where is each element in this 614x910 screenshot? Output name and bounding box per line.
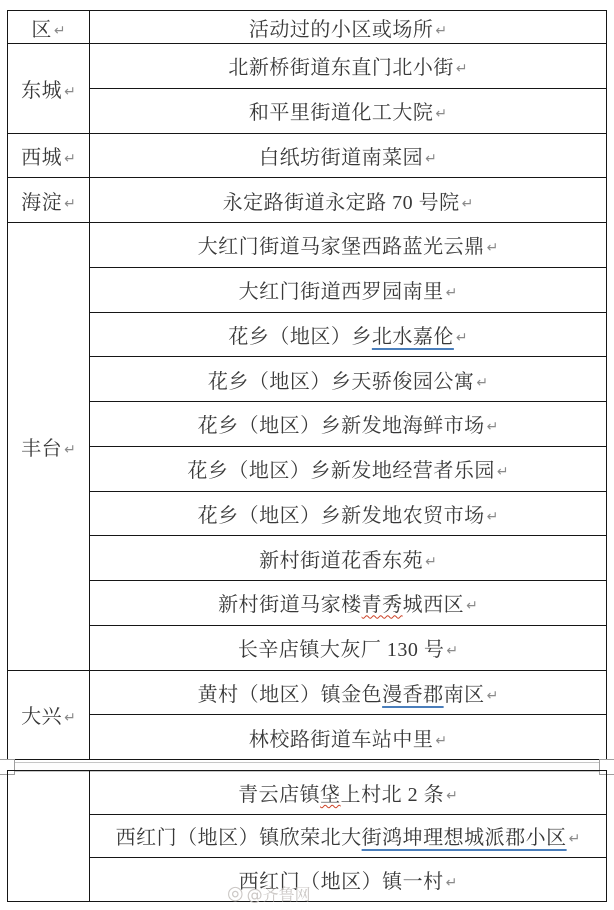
place-text: 花乡（地区）乡新发地海鲜市场 [198,415,485,437]
place-text: 青秀 [362,594,403,616]
place-cell: 黄村（地区）镇金色漫香郡南区↵ [90,670,607,715]
place-text: 林校路街道车站中里 [249,729,434,751]
district-label: 西城 [21,147,62,169]
place-cell: 西红门（地区）镇一村↵ [90,858,607,902]
place-cell: 青云店镇垡上村北 2 条↵ [90,771,607,815]
paragraph-mark-icon: ↵ [569,831,581,847]
place-cell: 大红门街道西罗园南里↵ [90,267,607,312]
district-label: 丰台 [21,438,62,460]
paragraph-mark-icon: ↵ [425,554,437,570]
place-cell: 花乡（地区）乡北水嘉伦↵ [90,312,607,357]
place-text: 花乡（地区）乡新发地农贸市场 [198,505,485,527]
paragraph-mark-icon: ↵ [435,733,447,749]
paragraph-mark-icon: ↵ [487,419,499,435]
place-text: 垡 [320,784,341,806]
document-page: 区↵活动过的小区或场所↵东城↵北新桥街道东直门北小街↵和平里街道化工大院↵西城↵… [0,0,614,910]
paragraph-mark-icon: ↵ [497,464,509,480]
place-text: 花乡（地区）乡新发地经营者乐园 [187,460,495,482]
place-cell: 白纸坊街道南菜园↵ [90,133,607,178]
paragraph-mark-icon: ↵ [446,643,458,659]
table-row: 大红门街道西罗园南里↵ [8,267,607,312]
paragraph-mark-icon: ↵ [446,788,458,804]
place-cell: 新村街道马家楼青秀城西区↵ [90,581,607,626]
district-label: 海淀 [21,192,62,214]
table-row: 西红门（地区）镇欣荣北大街鸿坤理想城派郡小区↵ [8,814,607,858]
place-text: 新村街道马家楼 [218,594,362,616]
table-row: 花乡（地区）乡北水嘉伦↵ [8,312,607,357]
place-text: 花乡（地区）乡 [228,326,372,348]
paragraph-mark-icon: ↵ [466,598,478,614]
place-cell: 永定路街道永定路 70 号院↵ [90,178,607,223]
table-row: 青云店镇垡上村北 2 条↵ [8,771,607,815]
paragraph-mark-icon: ↵ [487,688,499,704]
place-text: 长辛店镇大灰厂 130 号 [238,639,445,661]
paragraph-mark-icon: ↵ [64,196,76,212]
table-page-1: 区↵活动过的小区或场所↵东城↵北新桥街道东直门北小街↵和平里街道化工大院↵西城↵… [7,10,607,760]
table-row: 和平里街道化工大院↵ [8,88,607,133]
paragraph-mark-icon: ↵ [425,151,437,167]
district-cell: 海淀↵ [8,178,90,223]
linked-text[interactable]: 漫香郡 [382,684,444,706]
paragraph-mark-icon: ↵ [476,375,488,391]
paragraph-mark-icon: ↵ [487,509,499,525]
place-cell: 花乡（地区）乡新发地经营者乐园↵ [90,446,607,491]
district-cell: 西城↵ [8,133,90,178]
linked-text[interactable]: 北水嘉伦 [372,326,454,348]
place-text: 永定路街道永定路 70 号院 [223,192,460,214]
table-page-2: 青云店镇垡上村北 2 条↵西红门（地区）镇欣荣北大街鸿坤理想城派郡小区↵西红门（… [7,770,607,902]
table-row: 花乡（地区）乡天骄俊园公寓↵ [8,357,607,402]
table-row: 东城↵北新桥街道东直门北小街↵ [8,44,607,89]
place-text: 北新桥街道东直门北小街 [228,57,454,79]
place-text: 城西区 [403,594,465,616]
paragraph-mark-icon: ↵ [64,84,76,100]
place-text: 大红门街道西罗园南里 [239,281,444,303]
place-text: 大红门街道马家堡西路蓝光云鼎 [198,236,485,258]
paragraph-mark-icon: ↵ [64,151,76,167]
district-cell [8,771,90,902]
paragraph-mark-icon: ↵ [446,875,458,891]
place-cell: 新村街道花香东苑↵ [90,536,607,581]
table-row: 花乡（地区）乡新发地农贸市场↵ [8,491,607,536]
place-cell: 大红门街道马家堡西路蓝光云鼎↵ [90,223,607,268]
district-cell: 东城↵ [8,44,90,134]
place-text: 西红门（地区）镇欣荣北大 [116,827,362,849]
paragraph-mark-icon: ↵ [64,442,76,458]
table-row: 海淀↵永定路街道永定路 70 号院↵ [8,178,607,223]
table-row: 林校路街道车站中里↵ [8,715,607,760]
place-cell: 花乡（地区）乡新发地农贸市场↵ [90,491,607,536]
paragraph-mark-icon: ↵ [487,240,499,256]
district-places-table-page2: 青云店镇垡上村北 2 条↵西红门（地区）镇欣荣北大街鸿坤理想城派郡小区↵西红门（… [7,770,607,902]
district-label: 大兴 [21,706,62,728]
table-row: 丰台↵大红门街道马家堡西路蓝光云鼎↵ [8,223,607,268]
table-row: 新村街道花香东苑↵ [8,536,607,581]
place-text: 南区 [444,684,485,706]
paragraph-mark-icon: ↵ [456,330,468,346]
table-row: 花乡（地区）乡新发地经营者乐园↵ [8,446,607,491]
place-text: 白纸坊街道南菜园 [259,147,423,169]
table-row: 西城↵白纸坊街道南菜园↵ [8,133,607,178]
paragraph-mark-icon: ↵ [456,61,468,77]
linked-text[interactable]: 街鸿坤理想城派郡小区 [362,827,567,849]
places-header-cell: 活动过的小区或场所↵ [90,11,607,44]
place-text: 和平里街道化工大院 [249,102,434,124]
district-header-cell: 区↵ [8,11,90,44]
place-text: 西红门（地区）镇一村 [239,871,444,893]
district-places-table-page1: 区↵活动过的小区或场所↵东城↵北新桥街道东直门北小街↵和平里街道化工大院↵西城↵… [7,10,607,760]
paragraph-mark-icon: ↵ [435,106,447,122]
header-label: 区 [31,19,52,41]
place-text: 上村北 2 条 [341,784,445,806]
header-label: 活动过的小区或场所 [249,19,434,41]
place-text: 新村街道花香东苑 [259,550,423,572]
district-cell: 丰台↵ [8,223,90,671]
place-text: 花乡（地区）乡天骄俊园公寓 [208,371,475,393]
paragraph-mark-icon: ↵ [64,710,76,726]
table-row: 花乡（地区）乡新发地海鲜市场↵ [8,402,607,447]
district-cell: 大兴↵ [8,670,90,760]
place-text: 青云店镇 [238,784,320,806]
place-cell: 林校路街道车站中里↵ [90,715,607,760]
place-text: 黄村（地区）镇金色 [198,684,383,706]
paragraph-mark-icon: ↵ [54,23,66,39]
header-row: 区↵活动过的小区或场所↵ [8,11,607,44]
district-label: 东城 [21,80,62,102]
place-cell: 花乡（地区）乡天骄俊园公寓↵ [90,357,607,402]
paragraph-mark-icon: ↵ [446,285,458,301]
paragraph-mark-icon: ↵ [462,196,474,212]
place-cell: 和平里街道化工大院↵ [90,88,607,133]
table-row: 长辛店镇大灰厂 130 号↵ [8,625,607,670]
place-cell: 花乡（地区）乡新发地海鲜市场↵ [90,402,607,447]
table-row: 西红门（地区）镇一村↵ [8,858,607,902]
paragraph-mark-icon: ↵ [435,23,447,39]
place-cell: 北新桥街道东直门北小街↵ [90,44,607,89]
place-cell: 长辛店镇大灰厂 130 号↵ [90,625,607,670]
table-row: 大兴↵黄村（地区）镇金色漫香郡南区↵ [8,670,607,715]
place-cell: 西红门（地区）镇欣荣北大街鸿坤理想城派郡小区↵ [90,814,607,858]
table-row: 新村街道马家楼青秀城西区↵ [8,581,607,626]
